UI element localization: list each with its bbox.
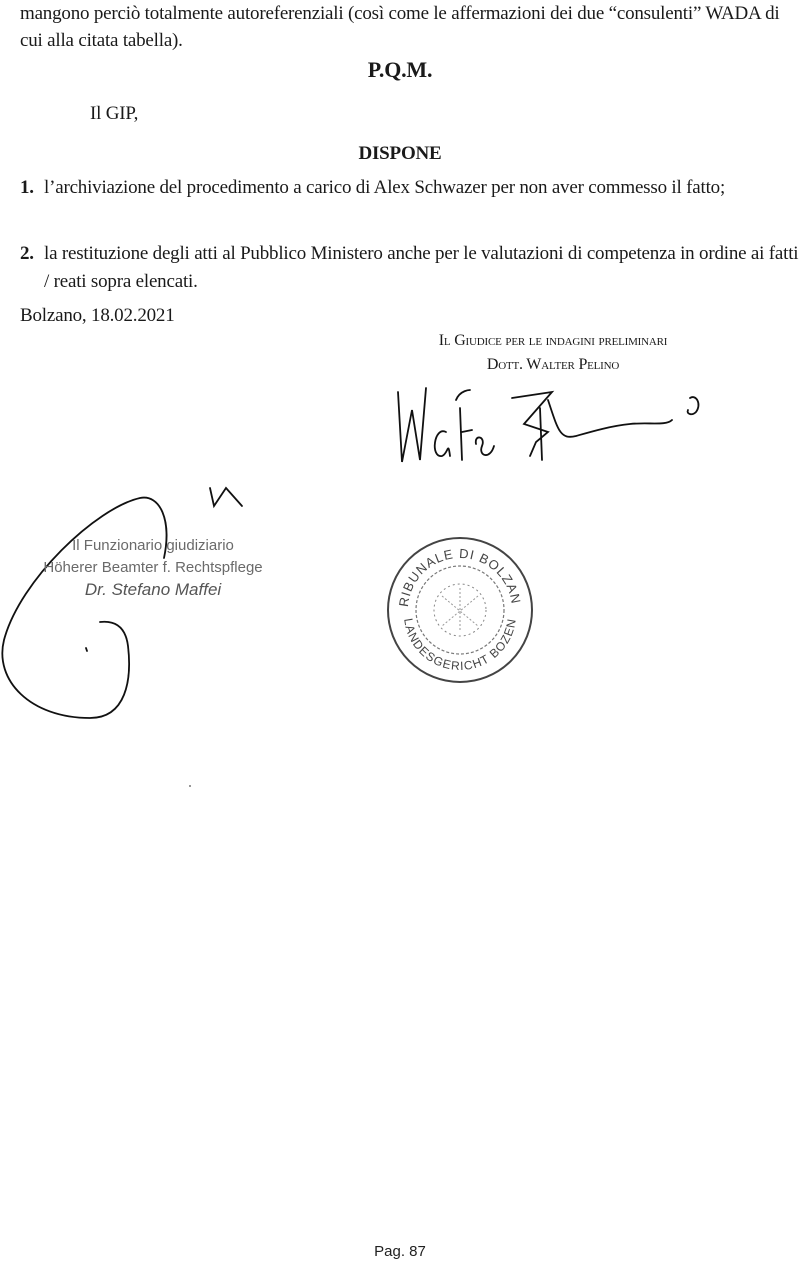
judge-title: Il Giudice per le indagini preliminari: [368, 330, 738, 352]
list-item: 2. la restituzione degli atti al Pubblic…: [20, 240, 800, 296]
subject-gip: Il GIP,: [90, 100, 138, 127]
page-number: Pag. 87: [0, 1243, 800, 1260]
list-item-text: l’archiviazione del procedimento a caric…: [44, 174, 800, 202]
judge-signature-icon: [390, 380, 730, 470]
clerk-stamp-line2: Höherer Beamter f. Rechtspflege: [8, 557, 298, 579]
court-seal-icon: TRIBUNALE DI BOLZANO LANDESGERICHT BOZEN: [380, 530, 540, 690]
clerk-stamp-line1: Il Funzionario giudiziario: [8, 535, 298, 557]
clerk-stamp-name: Dr. Stefano Maffei: [8, 579, 298, 601]
place-date: Bolzano, 18.02.2021: [20, 302, 175, 329]
heading-dispone: DISPONE: [0, 140, 800, 167]
list-item-number: 2.: [20, 240, 34, 268]
list-item-number: 1.: [20, 174, 34, 202]
clerk-stamp: Il Funzionario giudiziario Höherer Beamt…: [8, 535, 298, 601]
heading-pqm: P.Q.M.: [0, 56, 800, 83]
scan-speck-icon: [188, 784, 192, 788]
intro-paragraph: mangono perciò totalmente autoreferenzia…: [20, 0, 790, 54]
list-item: 1. l’archiviazione del procedimento a ca…: [20, 174, 800, 202]
judge-name: Dott. Walter Pelino: [368, 354, 738, 376]
list-item-text: la restituzione degli atti al Pubblico M…: [44, 240, 800, 296]
